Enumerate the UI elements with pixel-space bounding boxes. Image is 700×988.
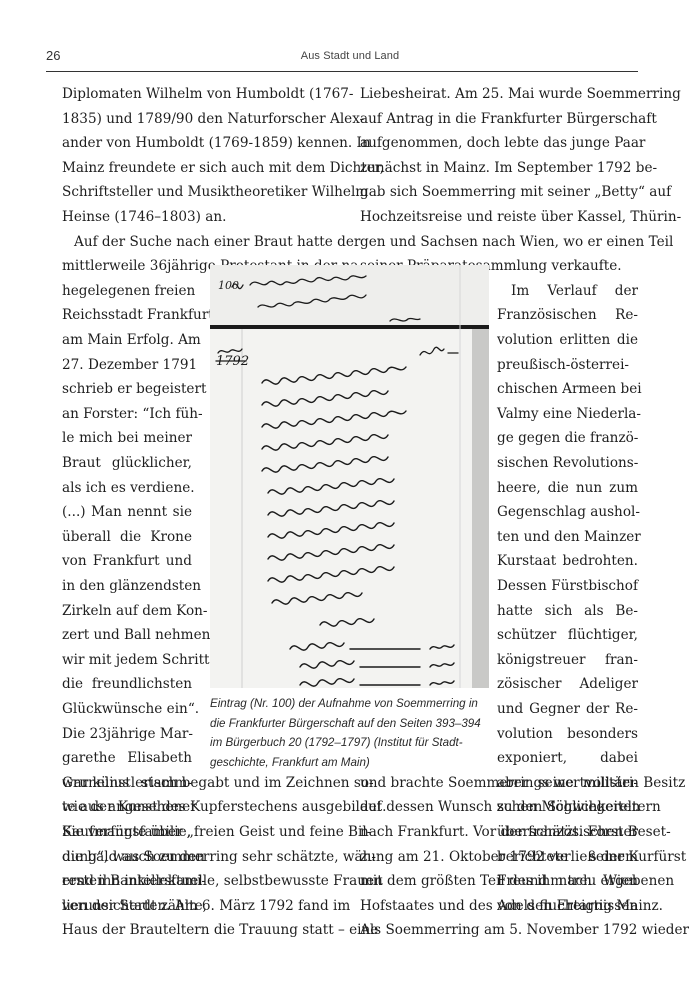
text-line: Schriftsteller und Musiktheoretiker Wilh… bbox=[62, 183, 345, 201]
text-line: königstreuer fran- bbox=[497, 651, 638, 669]
handwritten-entry-number: 100 bbox=[218, 279, 239, 292]
text-line: in den glänzendsten bbox=[62, 577, 192, 595]
text-line: schützer flüchtiger, bbox=[497, 626, 638, 644]
text-line: wie der Kunst des Kupferstechens ausgebi… bbox=[62, 798, 345, 816]
text-line: chischen Armeen bei bbox=[497, 380, 638, 398]
text-line: 27. Dezember 1791 bbox=[62, 356, 192, 374]
caption-line: im Bürgerbuch 20 (1792–1797) (Institut f… bbox=[210, 735, 463, 751]
text-line: war künstlerisch begabt und im Zeichnen … bbox=[62, 774, 345, 792]
text-line: Als Soemmerring am 5. November 1792 wied… bbox=[360, 921, 638, 939]
caption-line: die Frankfurter Bürgerschaft auf den Sei… bbox=[210, 716, 481, 732]
text-line: Reichsstadt Frankfurt bbox=[62, 306, 192, 324]
text-line: Die 23jährige Mar- bbox=[62, 725, 192, 743]
text-line: auf dessen Wunsch zu den Schwiegereltern bbox=[360, 798, 638, 816]
text-line: 1835) und 1789/90 den Naturforscher Alex… bbox=[62, 110, 345, 128]
text-line: Im Verlauf der bbox=[511, 282, 638, 300]
text-line: zösischer Adeliger bbox=[497, 675, 638, 693]
text-line: Heinse (1746–1803) an. bbox=[62, 208, 345, 226]
text-line: schrieb er begeistert bbox=[62, 380, 192, 398]
text-line: preußisch-österrei- bbox=[497, 356, 638, 374]
text-line: ander von Humboldt (1769-1859) kennen. I… bbox=[62, 134, 345, 152]
text-line: am Main Erfolg. Am bbox=[62, 331, 192, 349]
text-line: von Frankfurt und bbox=[62, 552, 192, 570]
text-line: volution erlitten die bbox=[497, 331, 638, 349]
text-line: zung am 21. Oktober 1792 verließ der Kur… bbox=[360, 848, 638, 866]
text-line: verunsicherten. Am 6. März 1792 fand im bbox=[62, 897, 345, 915]
text-line: le mich bei meiner bbox=[62, 429, 192, 447]
text-line: die freundlichsten bbox=[62, 675, 192, 693]
text-line: aufgenommen, doch lebte das junge Paar bbox=[360, 134, 638, 152]
text-line: Dessen Fürstbischof bbox=[497, 577, 638, 595]
text-line: ge gegen die franzö- bbox=[497, 429, 638, 447]
caption-line: geschichte, Frankfurt am Main) bbox=[210, 755, 370, 771]
text-line: rend ihn intellektuelle, selbstbewusste … bbox=[62, 872, 345, 890]
text-line: Hochzeitsreise und reiste über Kassel, T… bbox=[360, 208, 638, 226]
text-line: zert und Ball nehmen bbox=[62, 626, 192, 644]
text-line: heere, die nun zum bbox=[497, 479, 638, 497]
text-line: Mainz freundete er sich auch mit dem Dic… bbox=[62, 159, 345, 177]
text-line: Glückwünsche ein“. bbox=[62, 700, 192, 718]
text-line: dung“, was Soemmerring sehr schätzte, wä… bbox=[62, 848, 345, 866]
text-line: Diplomaten Wilhelm von Humboldt (1767- bbox=[62, 85, 345, 103]
text-line: sischen Revolutions- bbox=[497, 454, 638, 472]
header-rule bbox=[46, 71, 638, 72]
text-line: hegelegenen freien bbox=[62, 282, 192, 300]
handwritten-year: 1792 bbox=[216, 354, 249, 369]
text-line: Haus der Brauteltern die Trauung statt –… bbox=[62, 921, 345, 939]
text-line: und Gegner der Re- bbox=[497, 700, 638, 718]
text-line: exponiert, dabei bbox=[497, 749, 638, 767]
text-line: überall die Krone bbox=[62, 528, 192, 546]
text-line: gen und Sachsen nach Wien, wo er einen T… bbox=[360, 233, 638, 251]
text-line: nach Frankfurt. Vor der französischen Be… bbox=[360, 823, 638, 841]
figure-handwritten-register: 1792 100 bbox=[210, 265, 489, 688]
text-line: garethe Elisabeth bbox=[62, 749, 192, 767]
text-line: zunächst in Mainz. Im September 1792 be- bbox=[360, 159, 638, 177]
text-line: Hofstaates und des Adels fluchtartig Mai… bbox=[360, 897, 638, 915]
text-line: hatte sich als Be- bbox=[497, 602, 638, 620]
text-line: volution besonders bbox=[497, 725, 638, 743]
handwritten-document-image: 1792 100 bbox=[210, 265, 489, 688]
book-page: 26 Aus Stadt und Land Diplomaten Wilhelm… bbox=[0, 0, 700, 988]
caption-line: Eintrag (Nr. 100) der Aufnahme von Soemm… bbox=[210, 696, 478, 712]
text-line: mit dem größten Teil des ihm treu ergebe… bbox=[360, 872, 638, 890]
text-line: Valmy eine Niederla- bbox=[497, 405, 638, 423]
text-line: Kurstaat bedrohten. bbox=[497, 552, 638, 570]
text-line: und brachte Soemmerrings wertvollsten Be… bbox=[360, 774, 638, 792]
text-line: Zirkeln auf dem Kon- bbox=[62, 602, 192, 620]
text-line: Französischen Re- bbox=[497, 306, 638, 324]
text-line: wir mit jedem Schritt bbox=[62, 651, 192, 669]
text-line: (...) Man nennt sie bbox=[62, 503, 192, 521]
text-line: ten und den Mainzer bbox=[497, 528, 638, 546]
text-line: Auf der Suche nach einer Braut hatte der bbox=[74, 233, 345, 251]
text-line: Braut glücklicher, bbox=[62, 454, 192, 472]
text-line: gab sich Soemmerring mit seiner „Betty“ … bbox=[360, 183, 638, 201]
text-line: Liebesheirat. Am 25. Mai wurde Soemmerri… bbox=[360, 85, 638, 103]
text-line: an Forster: “Ich füh- bbox=[62, 405, 192, 423]
text-line: Gegenschlag aushol- bbox=[497, 503, 638, 521]
text-line: Sie verfügte über „freien Geist und fein… bbox=[62, 823, 345, 841]
text-line: als ich es verdiene. bbox=[62, 479, 192, 497]
running-title: Aus Stadt und Land bbox=[0, 50, 700, 62]
text-line: auf Antrag in die Frankfurter Bürgerscha… bbox=[360, 110, 638, 128]
